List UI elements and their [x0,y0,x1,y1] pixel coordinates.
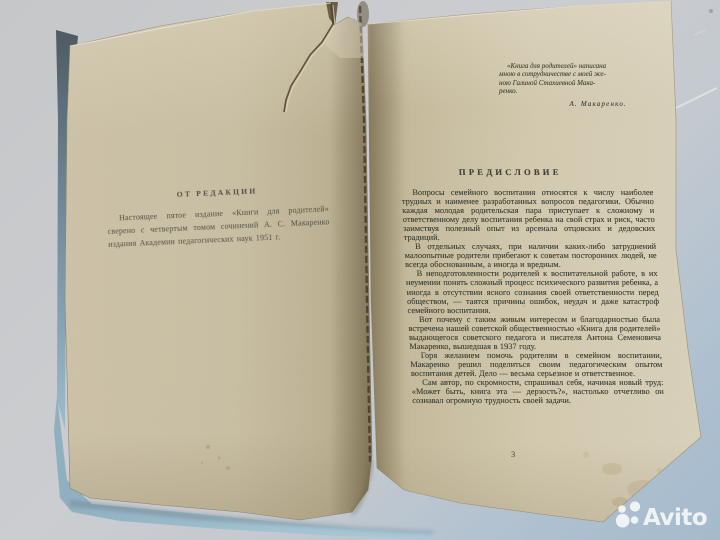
preface-paragraph: Сам автор, по скромности, спрашивал себя… [411,378,664,405]
book-photo-scene: ОТ РЕДАКЦИИ Настоящее пятое издание «Кни… [0,0,720,540]
preface-paragraph: Горя желанием помочь родителям в семейно… [410,351,663,378]
preface-paragraphs: Вопросы семейного воспитания относятся к… [401,188,664,405]
preface-block: ПРЕДИСЛОВИЕ Вопросы семейного воспитания… [400,167,664,405]
page-number: 3 [511,449,515,459]
preface-paragraph: В неподготовленности родителей к воспита… [405,269,659,314]
avito-watermark-text: Avito [643,505,707,531]
epigraph-block: «Книга для родителей» написана мною в со… [499,62,631,108]
epigraph-signature: А. Макаренко. [499,100,631,108]
preface-heading: ПРЕДИСЛОВИЕ [400,167,621,177]
preface-paragraph: Вопросы семейного воспитания относятся к… [401,188,656,242]
left-page-text: ОТ РЕДАКЦИИ Настоящее пятое издание «Кни… [106,183,330,251]
epigraph-text: «Книга для родителей» написана мною в со… [499,62,631,96]
background-scratches [676,9,717,108]
preface-paragraph: В отдельных случаях, при наличии каких-л… [404,242,657,269]
preface-paragraph: Вот почему с таким живым интересом и бла… [408,315,662,351]
